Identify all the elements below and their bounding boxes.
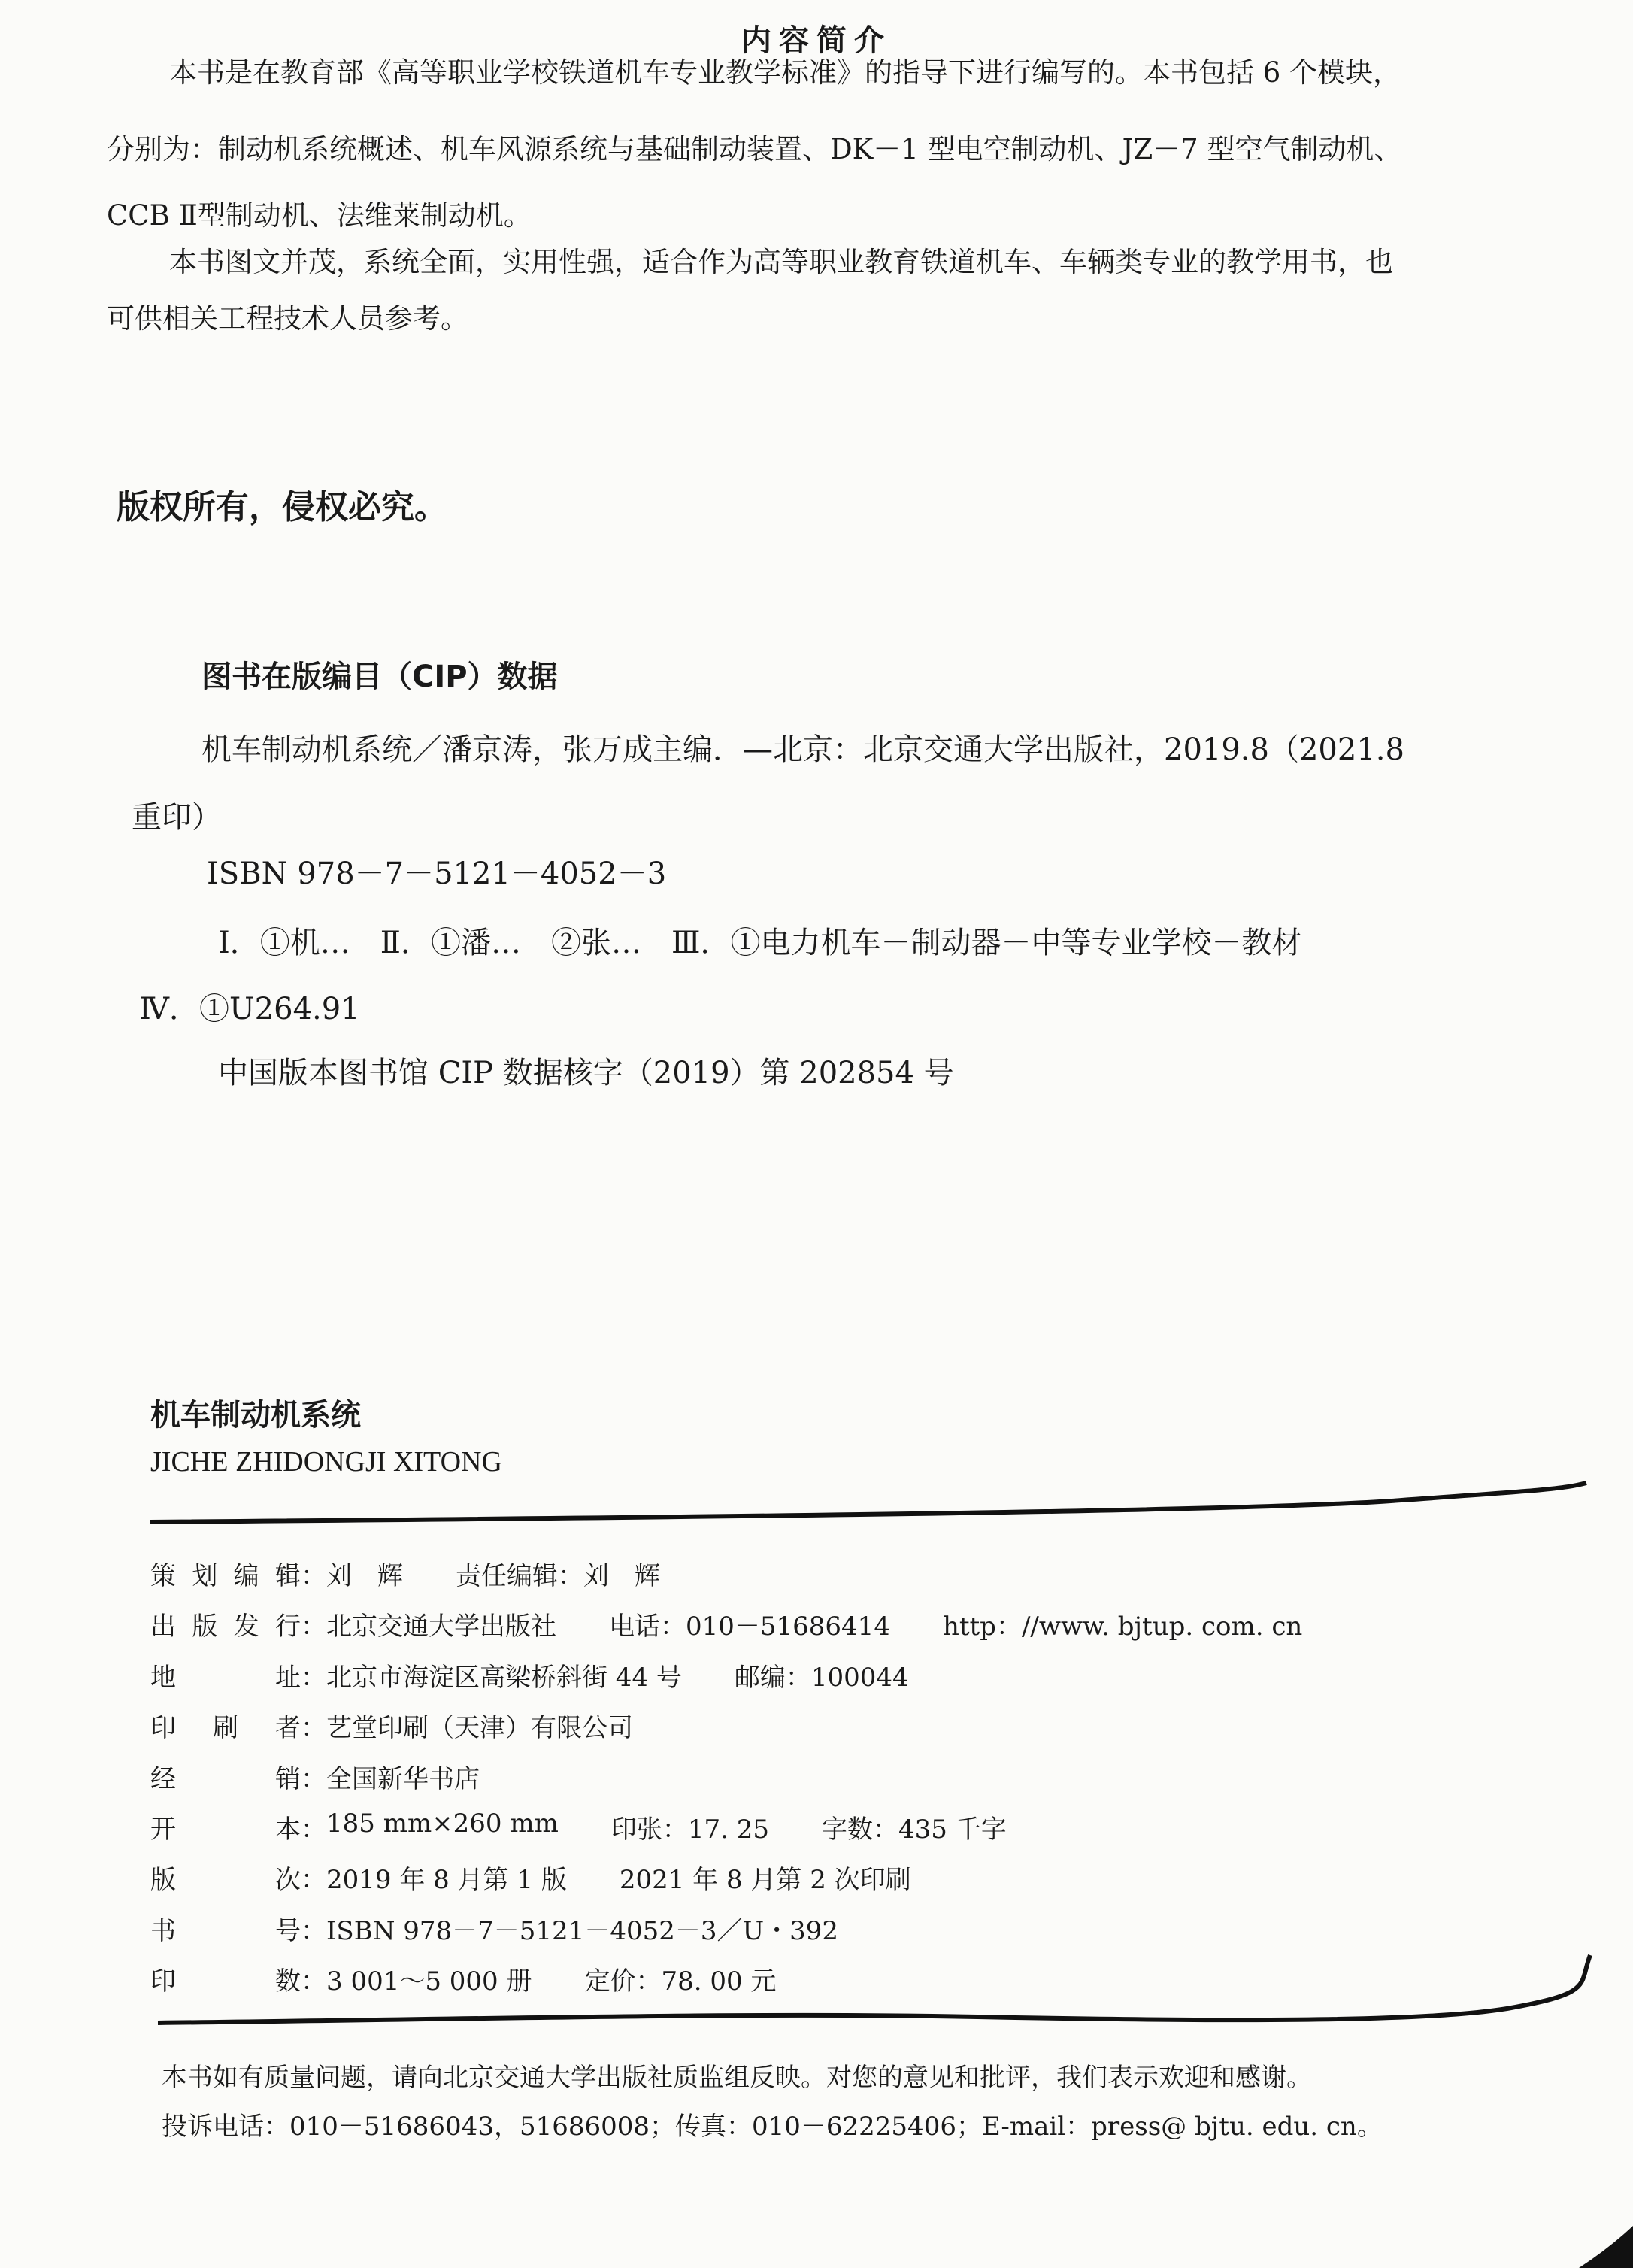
colophon-row-format: 开 本： 185 mm×260 mm 印张：17. 25 字数：435 千字: [150, 1809, 1059, 1845]
colophon-label: 策划编辑: [150, 1555, 301, 1592]
colophon-row-address: 地 址： 北京市海淀区高梁桥斜街 44 号 邮编：100044: [150, 1657, 962, 1693]
colophon-row-print-run: 印 数： 3 001～5 000 册 定价：78. 00 元: [150, 1960, 829, 1997]
publisher-website: http：//www. bjtup. com. cn: [943, 1605, 1302, 1642]
colophon-row-planning-editor: 策划编辑： 刘 辉 责任编辑：刘 辉: [150, 1555, 713, 1592]
colophon-row-book-number: 书 号： ISBN 978－7－5121－4052－3／U・392: [150, 1910, 891, 1947]
quality-notice: 本书如有质量问题，请向北京交通大学出版社质监组反映。对您的意见和批评，我们表示欢…: [162, 2057, 1312, 2094]
colophon-row-edition: 版 次： 2019 年 8 月第 1 版 2021 年 8 月第 2 次印刷: [150, 1859, 964, 1896]
colophon-row-printer: 印 刷 者： 艺堂印刷（天津）有限公司: [150, 1707, 686, 1744]
colophon-row-distributor: 经 销： 全国新华书店: [150, 1758, 532, 1795]
colophon-row-publisher: 出版发行： 北京交通大学出版社 电话：010－51686414 http：//w…: [150, 1605, 1355, 1642]
price: 定价：78. 00 元: [584, 1960, 776, 1997]
complaint-contact: 投诉电话：010－51686043，51686008；传真：010－622254…: [162, 2106, 1383, 2142]
